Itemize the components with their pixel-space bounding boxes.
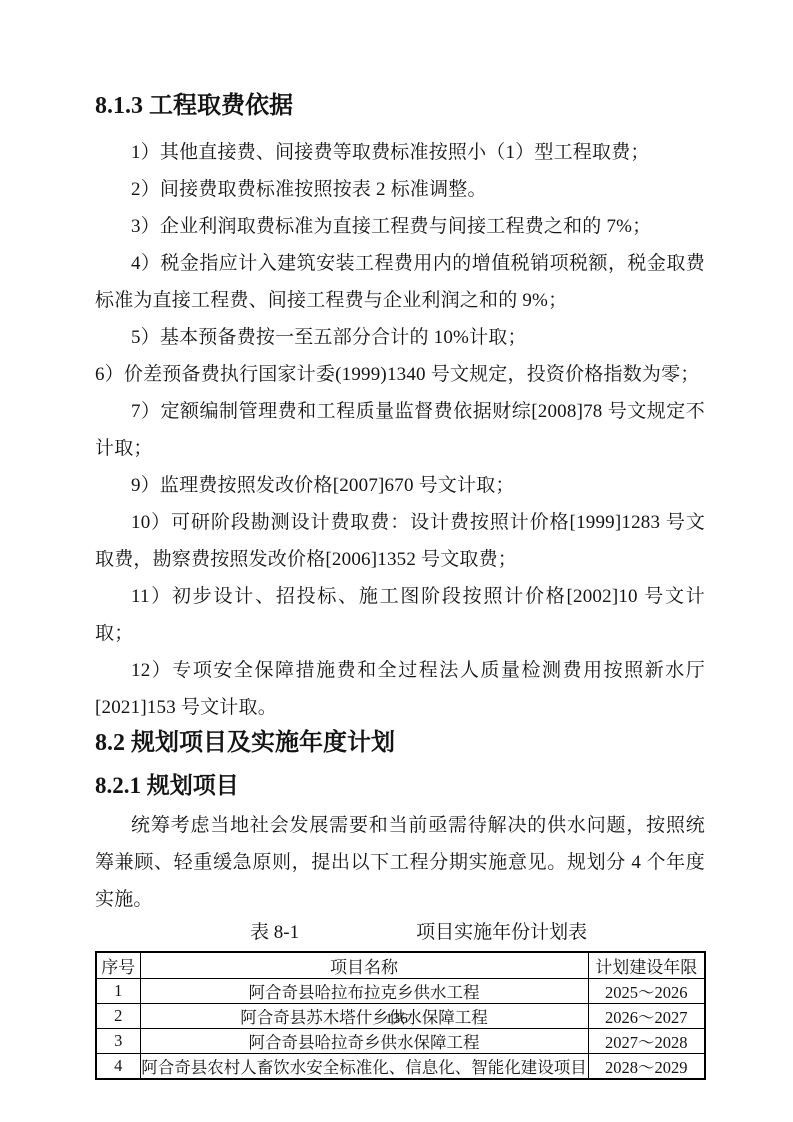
fee-item-5: 5）基本预备费按一至五部分合计的 10%计取； bbox=[95, 319, 705, 356]
fee-item-10: 10）可研阶段勘测设计费取费：设计费按照计价格[1999]1283 号文取费，勘… bbox=[95, 504, 705, 578]
table-row: 4 阿合奇县农村人畜饮水安全标准化、信息化、智能化建设项目 2028～2029 bbox=[96, 1054, 705, 1080]
fee-item-1: 1）其他直接费、间接费等取费标准按照小（1）型工程取费； bbox=[95, 134, 705, 171]
fee-item-3: 3）企业利润取费标准为直接工程费与间接工程费之和的 7%； bbox=[95, 208, 705, 245]
page-number: 136 bbox=[0, 1011, 793, 1028]
document-page: 8.1.3 工程取费依据 1）其他直接费、间接费等取费标准按照小（1）型工程取费… bbox=[0, 0, 793, 1122]
cell-seq: 1 bbox=[96, 979, 140, 1004]
cell-years: 2027～2028 bbox=[588, 1029, 705, 1054]
table-row: 1 阿合奇县哈拉布拉克乡供水工程 2025～2026 bbox=[96, 979, 705, 1004]
heading-8-2: 8.2 规划项目及实施年度计划 bbox=[95, 728, 705, 758]
table-caption-label: 表 8-1 bbox=[250, 920, 299, 946]
table-caption: 表 8-1 项目实施年份计划表 bbox=[95, 920, 705, 946]
fee-basis-list: 1）其他直接费、间接费等取费标准按照小（1）型工程取费； 2）间接费取费标准按照… bbox=[95, 134, 705, 726]
col-header-seq: 序号 bbox=[96, 952, 140, 979]
cell-name: 阿合奇县哈拉布拉克乡供水工程 bbox=[140, 979, 588, 1004]
col-header-years: 计划建设年限 bbox=[588, 952, 705, 979]
heading-8-2-1: 8.2.1 规划项目 bbox=[95, 771, 705, 801]
fee-item-7: 7）定额编制管理费和工程质量监督费依据财综[2008]78 号文规定不计取； bbox=[95, 393, 705, 467]
fee-item-2: 2）间接费取费标准按照按表 2 标准调整。 bbox=[95, 171, 705, 208]
cell-name: 阿合奇县哈拉奇乡供水保障工程 bbox=[140, 1029, 588, 1054]
heading-8-1-3: 8.1.3 工程取费依据 bbox=[95, 92, 705, 120]
cell-seq: 4 bbox=[96, 1054, 140, 1080]
fee-item-12: 12）专项安全保障措施费和全过程法人质量检测费用按照新水厅[2021]153 号… bbox=[95, 652, 705, 726]
fee-item-6: 6）价差预备费执行国家计委(1999)1340 号文规定，投资价格指数为零； bbox=[95, 356, 705, 393]
planning-paragraph: 统筹考虑当地社会发展需要和当前亟需待解决的供水问题，按照统筹兼顾、轻重缓急原则，… bbox=[95, 807, 705, 918]
table-caption-title: 项目实施年份计划表 bbox=[416, 920, 587, 946]
fee-item-11: 11）初步设计、招投标、施工图阶段按照计价格[2002]10 号文计取； bbox=[95, 578, 705, 652]
cell-years: 2025～2026 bbox=[588, 979, 705, 1004]
fee-item-9: 9）监理费按照发改价格[2007]670 号文计取； bbox=[95, 467, 705, 504]
table-header-row: 序号 项目名称 计划建设年限 bbox=[96, 952, 705, 979]
col-header-name: 项目名称 bbox=[140, 952, 588, 979]
table-row: 3 阿合奇县哈拉奇乡供水保障工程 2027～2028 bbox=[96, 1029, 705, 1054]
cell-name: 阿合奇县农村人畜饮水安全标准化、信息化、智能化建设项目 bbox=[140, 1054, 588, 1080]
cell-years: 2028～2029 bbox=[588, 1054, 705, 1080]
fee-item-4: 4）税金指应计入建筑安装工程费用内的增值税销项税额，税金取费标准为直接工程费、间… bbox=[95, 245, 705, 319]
cell-seq: 3 bbox=[96, 1029, 140, 1054]
